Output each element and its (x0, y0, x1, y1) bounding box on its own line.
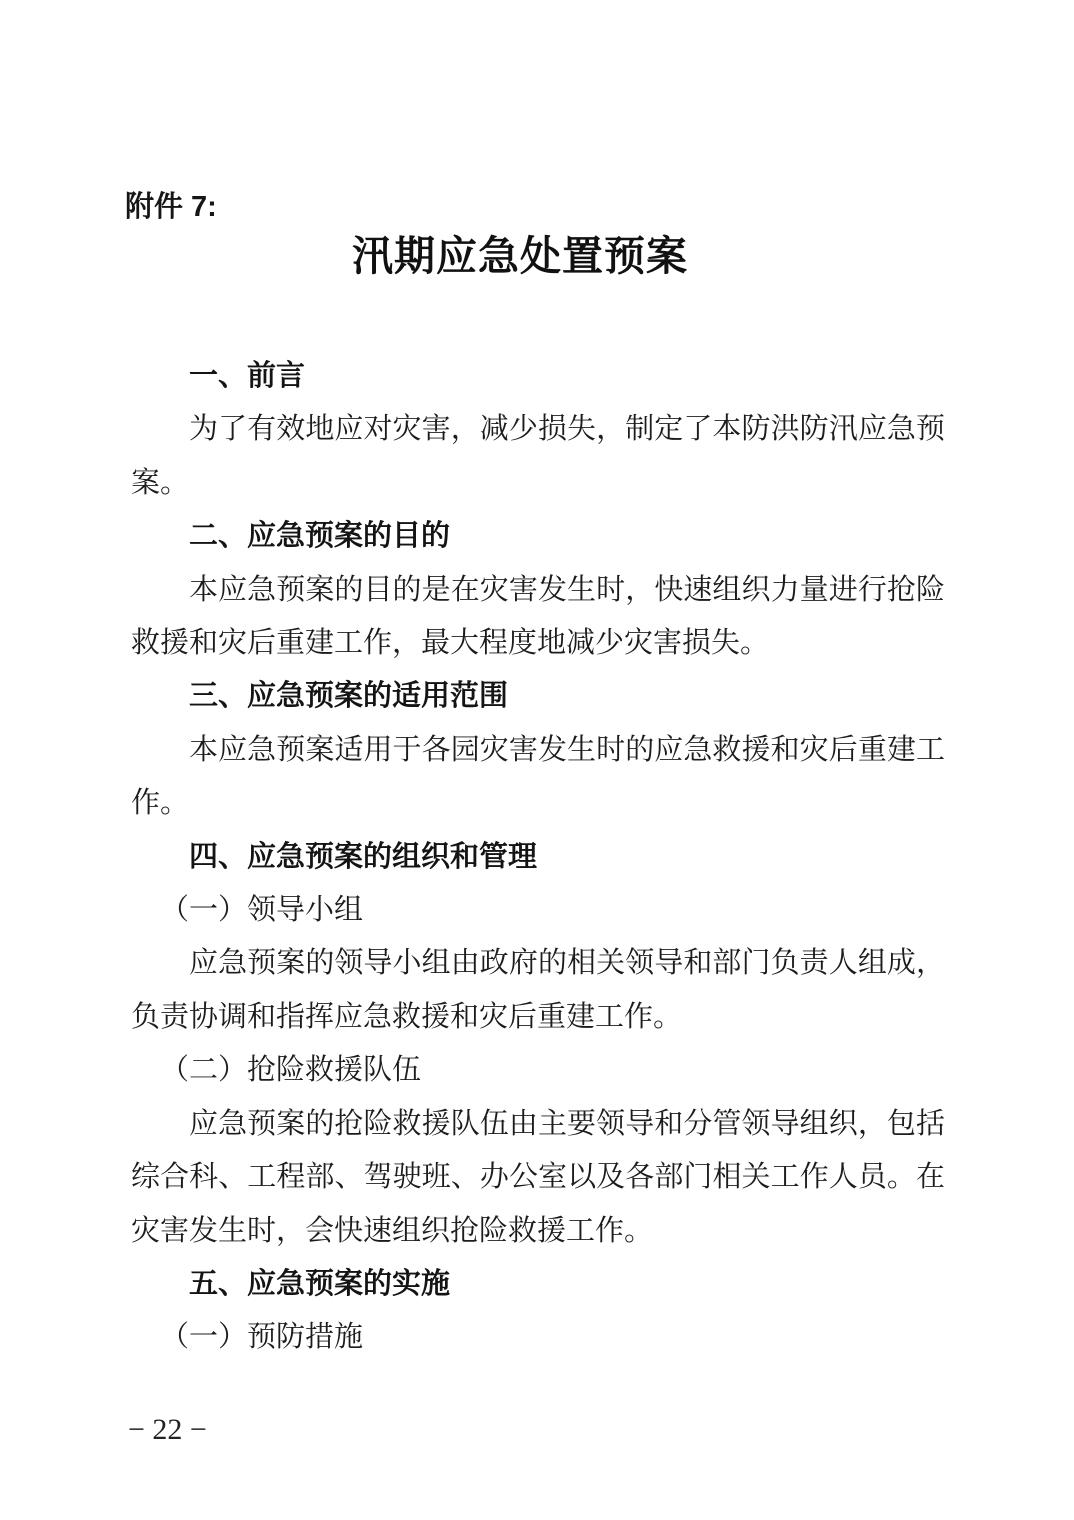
section-5-subheading-1: （一）预防措施 (131, 1311, 945, 1364)
section-5-heading: 五、应急预案的实施 (131, 1258, 945, 1311)
document-content: 一、前言 为了有效地应对灾害，减少损失，制定了本防洪防汛应急预案。 二、应急预案… (131, 350, 945, 1365)
section-1-paragraph-1: 为了有效地应对灾害，减少损失，制定了本防洪防汛应急预案。 (131, 403, 945, 510)
section-3-paragraph-1: 本应急预案适用于各园灾害发生时的应急救援和灾后重建工作。 (131, 724, 945, 831)
section-2-paragraph-1: 本应急预案的目的是在灾害发生时，快速组织力量进行抢险救援和灾后重建工作，最大程度… (131, 564, 945, 671)
section-2: 二、应急预案的目的 本应急预案的目的是在灾害发生时，快速组织力量进行抢险救援和灾… (131, 510, 945, 670)
section-4-heading: 四、应急预案的组织和管理 (131, 831, 945, 884)
document-page: 附件 7: 汛期应急处置预案 一、前言 为了有效地应对灾害，减少损失，制定了本防… (0, 0, 1074, 1520)
section-4: 四、应急预案的组织和管理 （一）领导小组 应急预案的领导小组由政府的相关领导和部… (131, 831, 945, 1258)
page-number: − 22 − (128, 1412, 207, 1448)
section-4-sub-2-paragraph-1: 应急预案的抢险救援队伍由主要领导和分管领导组织，包括综合科、工程部、驾驶班、办公… (131, 1098, 945, 1258)
section-3-heading: 三、应急预案的适用范围 (131, 670, 945, 723)
section-4-sub-1-paragraph-1: 应急预案的领导小组由政府的相关领导和部门负责人组成，负责协调和指挥应急救援和灾后… (131, 937, 945, 1044)
section-3: 三、应急预案的适用范围 本应急预案适用于各园灾害发生时的应急救援和灾后重建工作。 (131, 670, 945, 830)
attachment-label: 附件 7: (125, 190, 217, 224)
section-4-subheading-1: （一）领导小组 (131, 884, 945, 937)
section-2-heading: 二、应急预案的目的 (131, 510, 945, 563)
section-1-heading: 一、前言 (131, 350, 945, 403)
section-4-subheading-2: （二）抢险救援队伍 (131, 1044, 945, 1097)
section-1: 一、前言 为了有效地应对灾害，减少损失，制定了本防洪防汛应急预案。 (131, 350, 945, 510)
document-title: 汛期应急处置预案 (0, 231, 1040, 281)
section-5: 五、应急预案的实施 （一）预防措施 (131, 1258, 945, 1365)
